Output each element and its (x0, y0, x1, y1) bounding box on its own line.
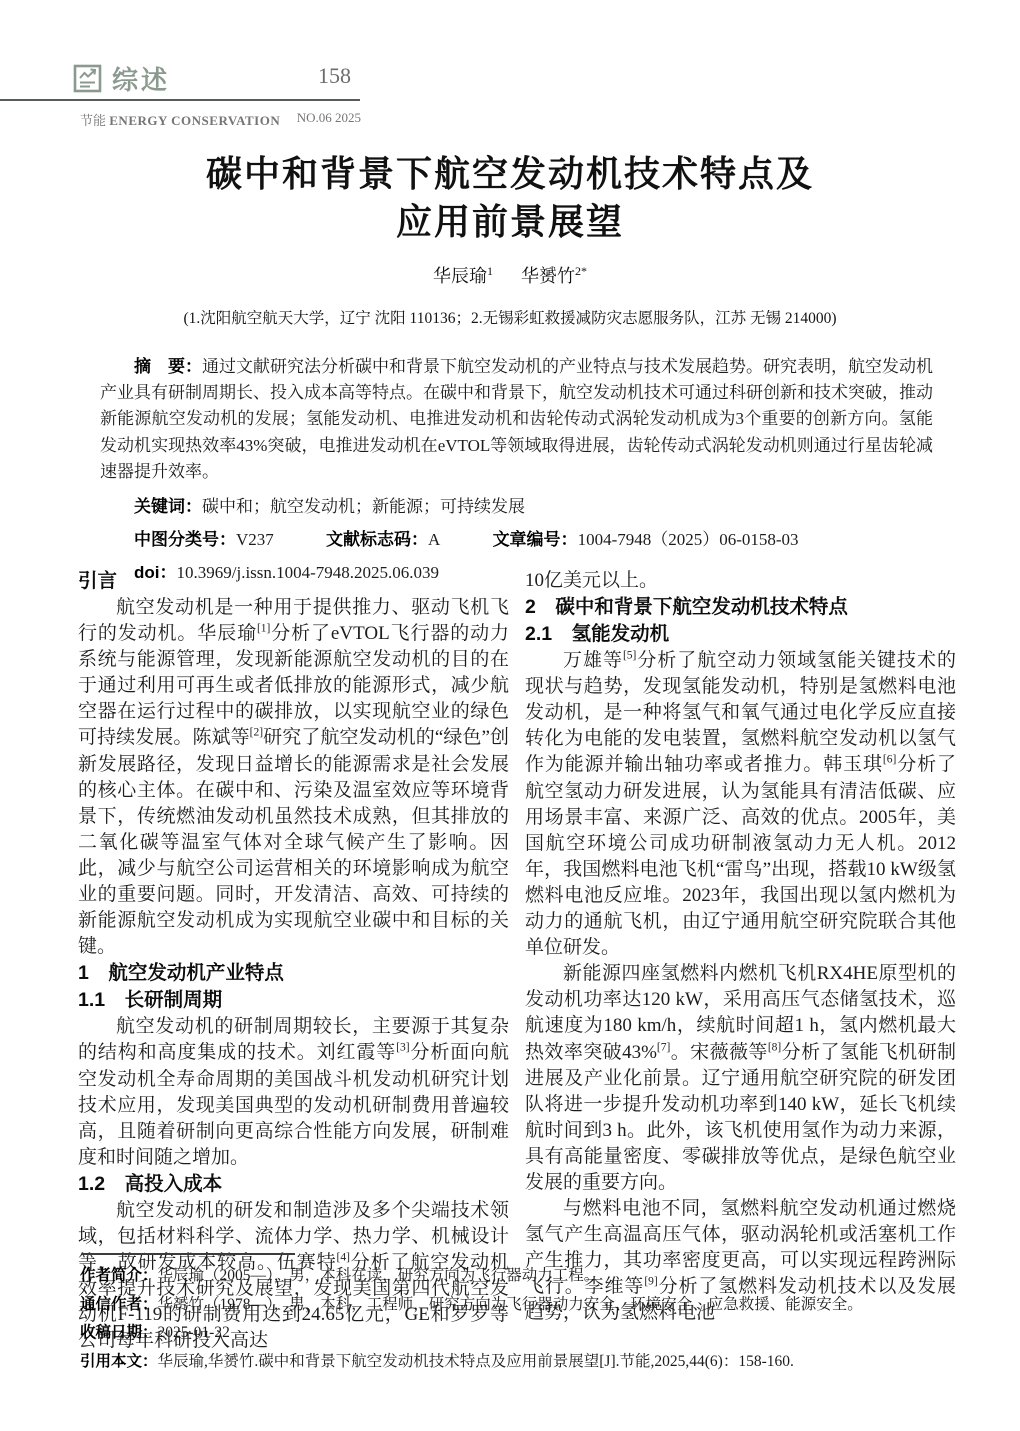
clc-item: 中图分类号：V237 (134, 530, 274, 549)
paper-page: 综述 158 节能 ENERGY CONSERVATION NO.06 2025… (0, 0, 1020, 1431)
body-column-right: 10亿美元以上。2 碳中和背景下航空发动机技术特点2.1 氢能发动机万雄等[5]… (525, 568, 956, 1354)
section-heading: 引言 (78, 568, 509, 595)
section-heading: 2.1 氢能发动机 (525, 621, 956, 648)
footer-divider (82, 1253, 295, 1255)
article-id-label: 文章编号： (493, 530, 578, 549)
article-body: 引言航空发动机是一种用于提供推力、驱动飞机飞行的发动机。华辰瑜[1]分析了eVT… (78, 568, 956, 1354)
page-number: 158 (318, 63, 351, 89)
reference-marker: [6] (883, 754, 896, 766)
body-paragraph: 航空发动机是一种用于提供推力、驱动飞机飞行的发动机。华辰瑜[1]分析了eVTOL… (78, 595, 509, 960)
journal-name-en: ENERGY CONSERVATION (109, 113, 280, 128)
header-rule (0, 99, 360, 101)
section-heading: 1.2 高投入成本 (78, 1171, 509, 1198)
issue-number: NO.06 2025 (297, 110, 361, 129)
body-paragraph: 航空发动机的研制周期较长，主要源于其复杂的结构和高度集成的技术。刘红霞等[3]分… (78, 1014, 509, 1171)
reference-marker: [7] (657, 1041, 670, 1053)
reference-marker: [8] (768, 1041, 781, 1053)
footer-line: 收稿日期：2025-01-22 (80, 1319, 965, 1348)
reference-marker: [3] (396, 1042, 409, 1054)
keywords-label: 关键词： (134, 497, 202, 516)
author-name: 华辰瑜1 (433, 266, 493, 286)
article-id-item: 文章编号：1004-7948（2025）06-0158-03 (493, 530, 799, 549)
footer-line: 引用本文：华辰瑜,华赟竹.碳中和背景下航空发动机技术特点及应用前景展望[J].节… (80, 1348, 965, 1377)
footer-line: 通信作者：华赟竹（1978—），男，本科，工程师，研究方向为飞行器动力安全、环境… (80, 1291, 965, 1320)
paper-title-line1: 碳中和背景下航空发动机技术特点及 (0, 150, 1020, 198)
section-heading: 1.1 长研制周期 (78, 987, 509, 1014)
body-paragraph: 万雄等[5]分析了航空动力领域氢能关键技术的现状与趋势，发现氢能发动机，特别是氢… (525, 648, 956, 961)
footer-lines: 作者简介：华辰瑜（2005—），男，本科在读，研究方向为飞行器动力工程。通信作者… (80, 1262, 965, 1376)
author-name: 华赟竹2* (521, 266, 587, 286)
reference-marker: [2] (250, 727, 263, 739)
section-heading: 1 航空发动机产业特点 (78, 960, 509, 987)
doc-code-item: 文献标志码：A (326, 530, 440, 549)
author-superscript: 2* (575, 264, 587, 278)
section-heading: 2 碳中和背景下航空发动机技术特点 (525, 594, 956, 621)
abstract-paragraph: 摘 要：通过文献研究法分析碳中和背景下航空发动机的产业特点与技术发展趋势。研究表… (100, 354, 933, 485)
doc-code-label: 文献标志码： (326, 530, 428, 549)
footer-line: 作者简介：华辰瑜（2005—），男，本科在读，研究方向为飞行器动力工程。 (80, 1262, 965, 1291)
journal-name: 节能 ENERGY CONSERVATION (80, 110, 280, 129)
body-column-left: 引言航空发动机是一种用于提供推力、驱动飞机飞行的发动机。华辰瑜[1]分析了eVT… (78, 568, 509, 1354)
paper-title-line2: 应用前景展望 (0, 198, 1020, 246)
body-paragraph: 新能源四座氢燃料内燃机飞机RX4HE原型机的发动机功率达120 kW，采用高压气… (525, 961, 956, 1196)
affiliation: (1.沈阳航空航天大学，辽宁 沈阳 110136；2.无锡彩虹救援减防灾志愿服务… (0, 306, 1020, 328)
reference-marker: [5] (623, 650, 636, 662)
authors-line: 华辰瑜1华赟竹2* (0, 262, 1020, 288)
paper-title: 碳中和背景下航空发动机技术特点及 应用前景展望 (0, 150, 1020, 246)
review-badge: 综述 (73, 60, 170, 97)
abstract-label: 摘 要： (134, 357, 202, 376)
clc-label: 中图分类号： (134, 530, 236, 549)
abstract-section: 摘 要：通过文献研究法分析碳中和背景下航空发动机的产业特点与技术发展趋势。研究表… (100, 354, 933, 586)
journal-line: 节能 ENERGY CONSERVATION NO.06 2025 (80, 110, 361, 129)
author-superscript: 1 (487, 264, 493, 278)
chart-document-icon (73, 64, 102, 93)
footer-label: 引用本文： (80, 1353, 158, 1370)
footer-label: 收稿日期： (80, 1324, 158, 1341)
footer-label: 作者简介： (80, 1267, 158, 1284)
reference-marker: [1] (257, 623, 270, 635)
body-paragraph: 10亿美元以上。 (525, 568, 956, 594)
keywords-text: 碳中和；航空发动机；新能源；可持续发展 (202, 497, 525, 516)
article-id-value: 1004-7948（2025）06-0158-03 (578, 530, 799, 549)
clc-value: V237 (236, 530, 274, 549)
meta-line: 中图分类号：V237 文献标志码：A 文章编号：1004-7948（2025）0… (100, 526, 933, 553)
journal-name-cn: 节能 (80, 113, 106, 128)
section-label: 综述 (112, 60, 170, 97)
abstract-text: 通过文献研究法分析碳中和背景下航空发动机的产业特点与技术发展趋势。研究表明，航空… (100, 357, 933, 481)
footer-label: 通信作者： (80, 1296, 158, 1313)
keywords-line: 关键词：碳中和；航空发动机；新能源；可持续发展 (100, 493, 933, 520)
doc-code-value: A (428, 530, 440, 549)
